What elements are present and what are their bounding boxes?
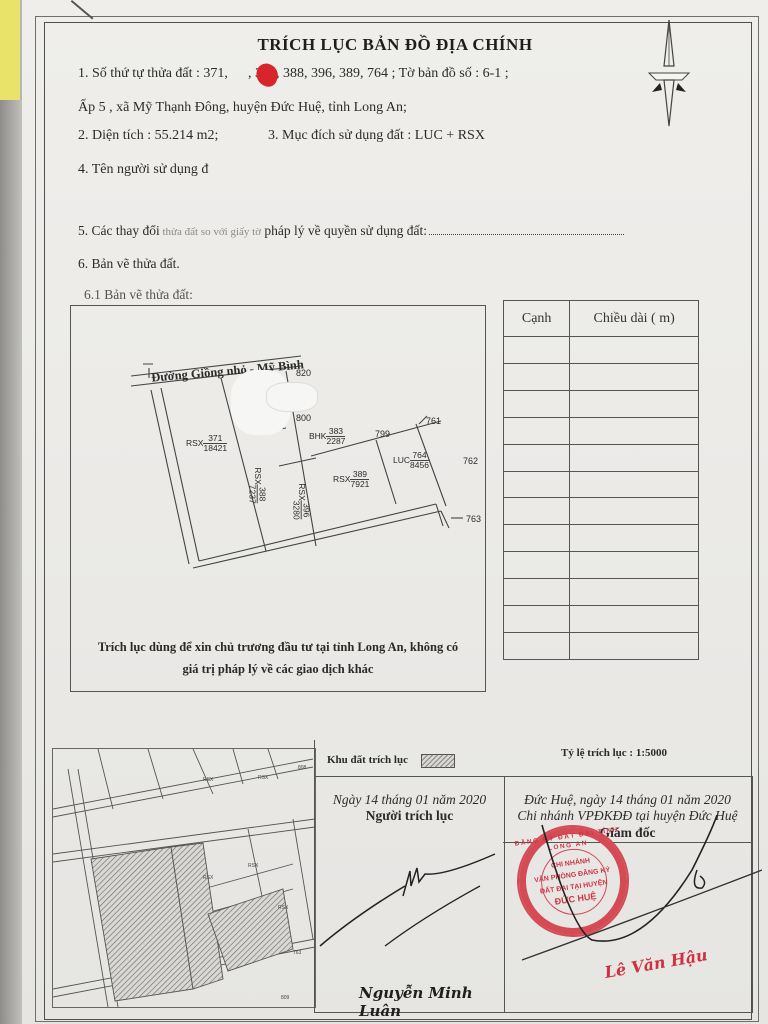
- cadastral-extract-document: TRÍCH LỤC BẢN ĐỒ ĐỊA CHÍNH 1. Số thứ tự …: [22, 0, 768, 1024]
- changes-line: 5. Các thay đổi thửa đất so với giấy tờ …: [78, 223, 624, 239]
- length-cell: [570, 498, 699, 525]
- neighbor-820: 820: [296, 368, 311, 378]
- svg-text:RSX: RSX: [278, 905, 289, 911]
- table-row: [504, 471, 699, 498]
- director-place-date: Đức Huệ, ngày 14 tháng 01 năm 2020: [503, 792, 752, 808]
- table-row: [504, 525, 699, 552]
- svg-text:RSX: RSX: [258, 775, 269, 781]
- parcel-area: 8456: [410, 461, 429, 470]
- parcel-area: 7237: [248, 485, 257, 504]
- parcel-label-389: RSX3897921: [333, 470, 369, 489]
- neighbor-763: 763: [466, 514, 481, 524]
- white-redaction-mark-2: [266, 382, 318, 412]
- length-cell: [570, 444, 699, 471]
- parcel-area: 2287: [326, 437, 345, 446]
- changes-line-start: 5. Các thay đổi: [78, 223, 160, 238]
- parcel-numbers-line: 1. Số thứ tự thửa đất : 371,, 383, 388, …: [78, 66, 509, 82]
- edge-cell: [504, 632, 570, 659]
- table-row: [504, 632, 699, 659]
- parcel-label-396: RSX3963280: [292, 483, 311, 519]
- extractor-signature-block: Ngày 14 tháng 01 năm 2020 Người trích lụ…: [314, 776, 505, 1013]
- edge-cell: [504, 552, 570, 579]
- section-6-heading: 6. Bản vẽ thửa đất.: [78, 256, 180, 272]
- svg-text:763: 763: [293, 950, 302, 956]
- owner-name-line: 4. Tên người sử dụng đ: [78, 162, 208, 178]
- overview-map: RSXRSX RSXRSX RSX809 808763: [52, 748, 316, 1008]
- parcel-label-764: LUC7648456: [393, 451, 429, 470]
- scale-label: Tỷ lệ trích lục : 1:5000: [561, 747, 667, 759]
- overview-map-drawing: RSXRSX RSXRSX RSX809 808763: [53, 749, 315, 1007]
- table-row: [504, 444, 699, 471]
- parcel-drawing-box: Đường Giồng nhỏ - Mỹ Bình 820 800 799 76…: [70, 305, 486, 692]
- parcel-use: RSX: [333, 474, 350, 484]
- extractor-name: Nguyễn Minh Luân: [359, 984, 504, 1020]
- length-cell: [570, 417, 699, 444]
- svg-text:RSX: RSX: [203, 875, 214, 881]
- length-cell: [570, 337, 699, 364]
- background-shadow: [0, 100, 24, 1024]
- parcel-label-383: BHK3832287: [309, 427, 345, 446]
- notice-line-2: giá trị pháp lý về các giao dịch khác: [71, 658, 485, 680]
- neighbor-799: 799: [375, 429, 390, 439]
- extract-area-label: Khu đất trích lục: [327, 754, 408, 766]
- parcel-number: 388: [257, 485, 267, 504]
- parcel-use: RSX: [186, 438, 203, 448]
- length-cell: [570, 632, 699, 659]
- svg-text:RSX: RSX: [248, 863, 259, 869]
- edge-cell: [504, 417, 570, 444]
- parcel-numbers-suffix: , 383, 388, 396, 389, 764 ; Tờ bản đồ số…: [248, 66, 509, 81]
- hatch-legend-swatch: [421, 754, 455, 768]
- edge-cell: [504, 606, 570, 633]
- neighbor-762: 762: [463, 456, 478, 466]
- dotted-fill-line: [429, 234, 624, 235]
- length-cell: [570, 525, 699, 552]
- table-row: [504, 363, 699, 390]
- edge-cell: [504, 471, 570, 498]
- svg-text:RSX: RSX: [203, 777, 214, 783]
- table-row: [504, 417, 699, 444]
- parcel-use: BHK: [309, 431, 326, 441]
- svg-text:809: 809: [281, 995, 290, 1001]
- parcel-numbers-prefix: 1. Số thứ tự thửa đất : 371,: [78, 66, 228, 81]
- legend-row: Khu đất trích lục Tỷ lệ trích lục : 1:50…: [314, 740, 753, 777]
- length-cell: [570, 471, 699, 498]
- table-row: [504, 337, 699, 364]
- edge-cell: [504, 498, 570, 525]
- parcel-area: 3280: [292, 501, 301, 520]
- table-row: [504, 552, 699, 579]
- edge-cell: [504, 525, 570, 552]
- table-row: [504, 390, 699, 417]
- document-title: TRÍCH LỤC BẢN ĐỒ ĐỊA CHÍNH: [22, 35, 768, 55]
- length-cell: [570, 579, 699, 606]
- table-row: [504, 498, 699, 525]
- area-line: 2. Diện tích : 55.214 m2;: [78, 128, 218, 144]
- header-length: Chiều dài ( m): [570, 301, 699, 337]
- notice-line-1: Trích lục dùng để xin chủ trương đầu tư …: [71, 636, 485, 658]
- length-cell: [570, 390, 699, 417]
- parcel-use: RSX: [253, 467, 263, 484]
- svg-text:808: 808: [298, 765, 307, 771]
- changes-line-faded: thửa đất so với giấy tờ: [160, 226, 261, 238]
- address-line: Ấp 5 , xã Mỹ Thạnh Đông, huyện Đức Huệ, …: [78, 100, 407, 116]
- land-use-line: 3. Mục đích sử dụng đất : LUC + RSX: [268, 128, 485, 144]
- length-cell: [570, 552, 699, 579]
- extractor-role: Người trích lục: [315, 808, 504, 824]
- section-6-1-heading: 6.1 Bản vẽ thửa đất:: [84, 287, 193, 303]
- header-edge: Cạnh: [504, 301, 570, 337]
- table-row: [504, 579, 699, 606]
- parcel-number: 396: [301, 501, 311, 520]
- edge-cell: [504, 337, 570, 364]
- length-cell: [570, 363, 699, 390]
- table-row: [504, 606, 699, 633]
- edge-cell: [504, 444, 570, 471]
- edge-length-table: Cạnh Chiều dài ( m): [503, 300, 699, 660]
- extractor-signature-icon: [315, 846, 504, 996]
- yellow-sheet-edge: [0, 0, 20, 100]
- parcel-use: LUC: [393, 455, 410, 465]
- neighbor-800: 800: [296, 413, 311, 423]
- edge-cell: [504, 390, 570, 417]
- parcel-area: 18421: [203, 444, 227, 453]
- length-cell: [570, 606, 699, 633]
- changes-line-end: pháp lý về quyền sử dụng đất:: [261, 223, 427, 238]
- extractor-date: Ngày 14 tháng 01 năm 2020: [315, 792, 504, 808]
- director-signature-icon: [512, 810, 762, 980]
- edge-cell: [504, 363, 570, 390]
- parcel-area: 7921: [350, 480, 369, 489]
- parcel-use: RSX: [297, 483, 307, 500]
- edge-cell: [504, 579, 570, 606]
- parcel-label-371: RSX37118421: [186, 434, 227, 453]
- neighbor-761: 761: [426, 416, 441, 426]
- parcel-label-388: RSX3887237: [248, 467, 267, 503]
